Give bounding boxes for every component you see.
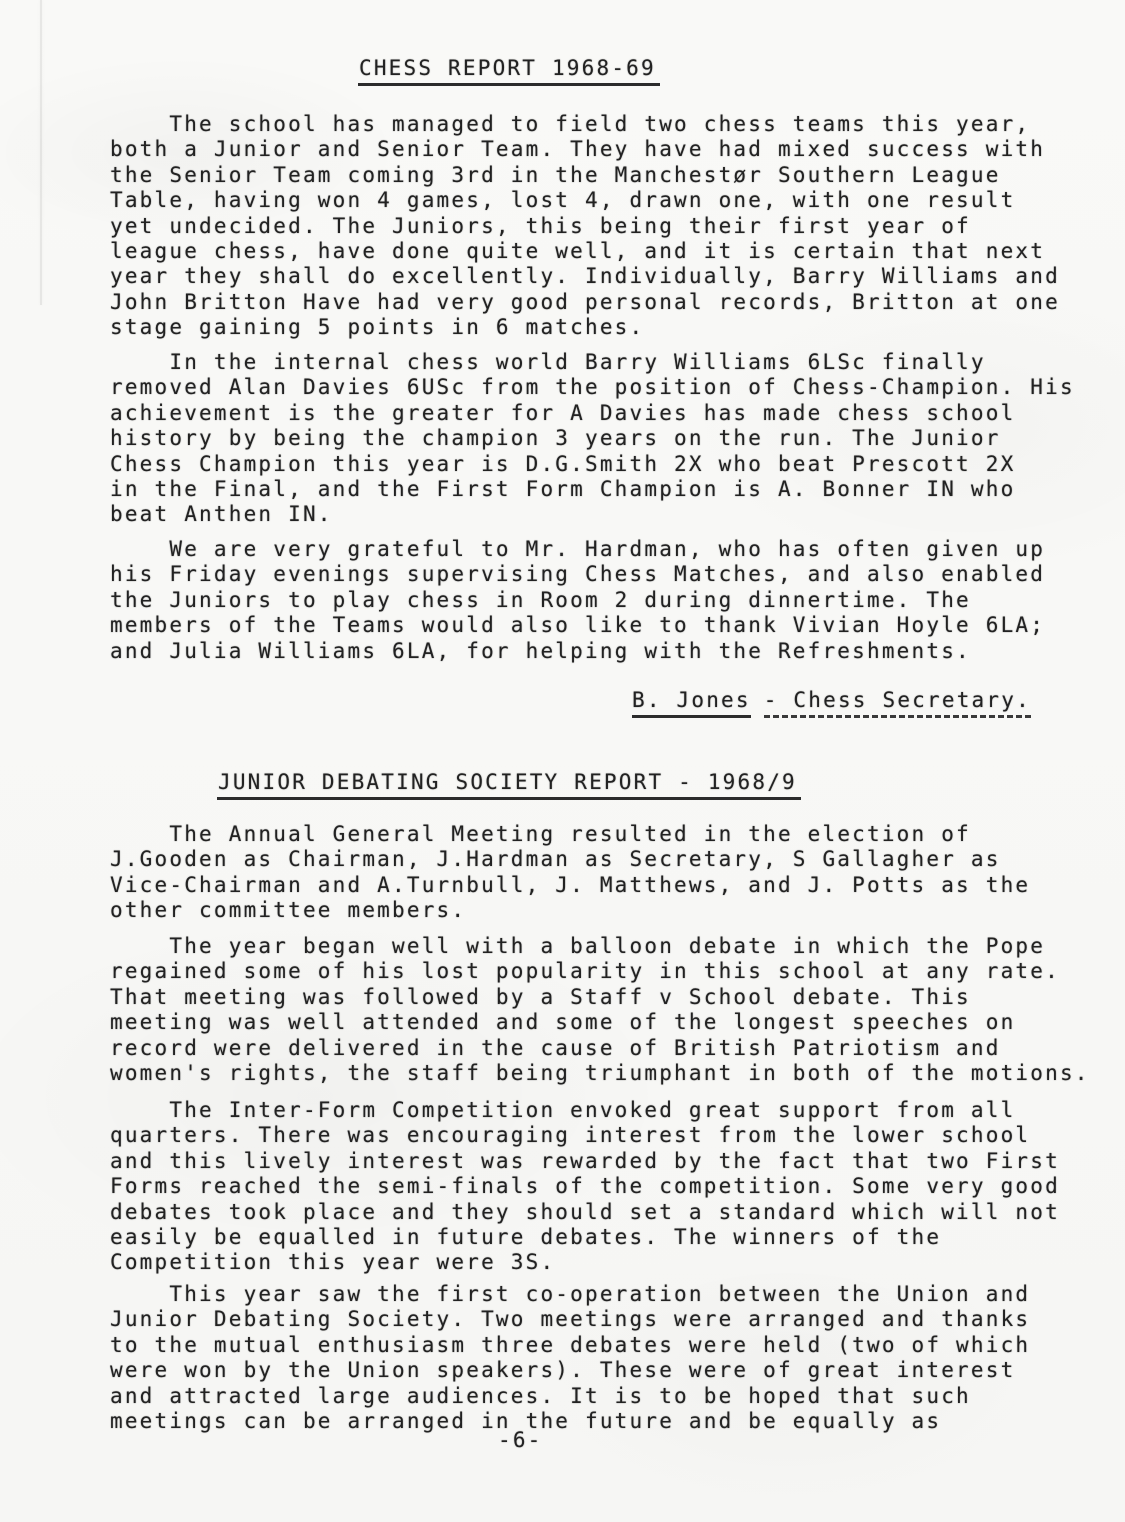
debating-report-paragraph-1: The Annual General Meeting resulted in t… (110, 822, 1100, 924)
signature-name: B. Jones (632, 688, 751, 718)
debating-report-paragraph-4: This year saw the first co-operation bet… (110, 1282, 1100, 1434)
debating-report-title-text: JUNIOR DEBATING SOCIETY REPORT - 1968/9 (217, 770, 801, 800)
scanned-document-page: CHESS REPORT 1968-69 The school has mana… (0, 0, 1125, 1522)
scan-crease-artifact (40, 0, 42, 305)
chess-report-signature: B. Jones- Chess Secretary. (632, 688, 1031, 718)
debating-report-paragraph-3: The Inter-Form Competition envoked great… (110, 1098, 1100, 1276)
debating-report-title: JUNIOR DEBATING SOCIETY REPORT - 1968/9 (217, 770, 801, 800)
chess-report-title-text: CHESS REPORT 1968-69 (358, 56, 660, 86)
chess-report-paragraph-1: The school has managed to field two ches… (110, 112, 1100, 341)
page-number: -6- (498, 1428, 543, 1453)
debating-report-paragraph-2: The year began well with a balloon debat… (110, 934, 1100, 1086)
signature-role: - Chess Secretary. (764, 688, 1031, 718)
chess-report-paragraph-2: In the internal chess world Barry Willia… (110, 350, 1100, 528)
chess-report-title: CHESS REPORT 1968-69 (358, 56, 660, 86)
chess-report-paragraph-3: We are very grateful to Mr. Hardman, who… (110, 537, 1100, 664)
